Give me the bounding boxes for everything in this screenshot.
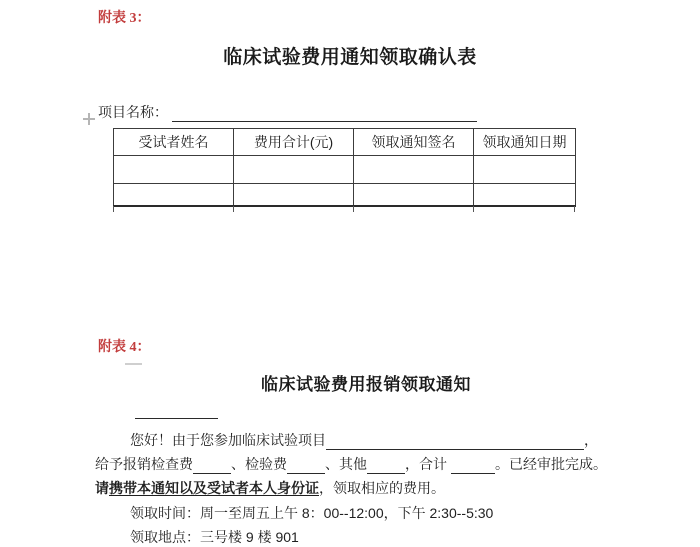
amounts-line: 给予报销检查费、检验费、其他，合计。已经审批完成。 [95, 454, 607, 474]
exam-fee-label: 给予报销检查费 [95, 456, 193, 472]
addressee-name-blank-field[interactable] [135, 404, 218, 419]
appendix-3-label: 附表 3： [98, 7, 151, 27]
bring-notice-line: 请携带本通知以及受试者本人身份证，领取相应的费用。 [95, 478, 445, 498]
project-name-blank-field[interactable] [172, 107, 477, 122]
fee-confirmation-table: 受试者姓名 费用合计(元) 领取通知签名 领取通知日期 [113, 128, 576, 207]
exam-fee-blank-field[interactable] [193, 459, 231, 474]
pickup-time-line: 领取时间：周一至周五上午 8：00--12:00，下午 2:30--5:30 [130, 503, 493, 523]
bring-prefix: 请 [95, 480, 109, 496]
appendix-4-label: 附表 4： [98, 336, 151, 356]
table-clipped-row-border [353, 206, 354, 212]
table-clipped-row-border [473, 206, 474, 212]
lab-fee-label: 、检验费 [231, 456, 287, 472]
table-clipped-row-border [574, 206, 575, 212]
column-header-notice-date: 领取通知日期 [474, 129, 576, 156]
approved-text: 。已经审批完成。 [495, 456, 607, 472]
table-cell[interactable] [114, 184, 234, 206]
bring-emphasis: 携带本通知以及受试者本人身份证 [109, 480, 319, 496]
total-blank-field[interactable] [451, 459, 495, 474]
table-cell[interactable] [474, 184, 576, 206]
column-header-fee-total: 费用合计(元) [234, 129, 354, 156]
table-clipped-row-border [233, 206, 234, 212]
project-name-label: 项目名称： [98, 104, 168, 120]
table-cell[interactable] [114, 156, 234, 184]
table-cell[interactable] [234, 156, 354, 184]
pickup-place-line: 领取地点：三号楼 9 楼 901 [130, 527, 299, 547]
greeting-text: 您好！由于您参加临床试验项目 [130, 432, 326, 448]
total-label: ，合计 [405, 456, 447, 472]
addressee-line [135, 403, 218, 419]
table-cell[interactable] [474, 156, 576, 184]
table-cell[interactable] [234, 184, 354, 206]
greeting-comma: ， [584, 432, 598, 448]
lab-fee-blank-field[interactable] [287, 459, 325, 474]
table-row [114, 156, 576, 184]
table-move-handle-icon[interactable] [82, 112, 96, 126]
table-row [114, 184, 576, 206]
table-clipped-row-border [113, 206, 114, 212]
bring-suffix: ，领取相应的费用。 [319, 480, 445, 496]
document-page: 附表 3： 临床试验费用通知领取确认表 项目名称： 受试者姓名 费用合计(元) … [0, 0, 700, 547]
column-header-notice-signature: 领取通知签名 [354, 129, 474, 156]
project-name-line: 项目名称： [98, 102, 477, 122]
table-header-row: 受试者姓名 费用合计(元) 领取通知签名 领取通知日期 [114, 129, 576, 156]
table-cell[interactable] [354, 184, 474, 206]
dash-artifact [125, 363, 142, 365]
other-fee-blank-field[interactable] [367, 459, 405, 474]
reimbursement-notice-title: 临床试验费用报销领取通知 [0, 370, 700, 395]
column-header-subject-name: 受试者姓名 [114, 129, 234, 156]
other-fee-label: 、其他 [325, 456, 367, 472]
confirmation-form-title: 临床试验费用通知领取确认表 [0, 42, 700, 69]
table-cell[interactable] [354, 156, 474, 184]
greeting-line: 您好！由于您参加临床试验项目， [130, 430, 598, 450]
project-blank-field[interactable] [326, 435, 584, 450]
